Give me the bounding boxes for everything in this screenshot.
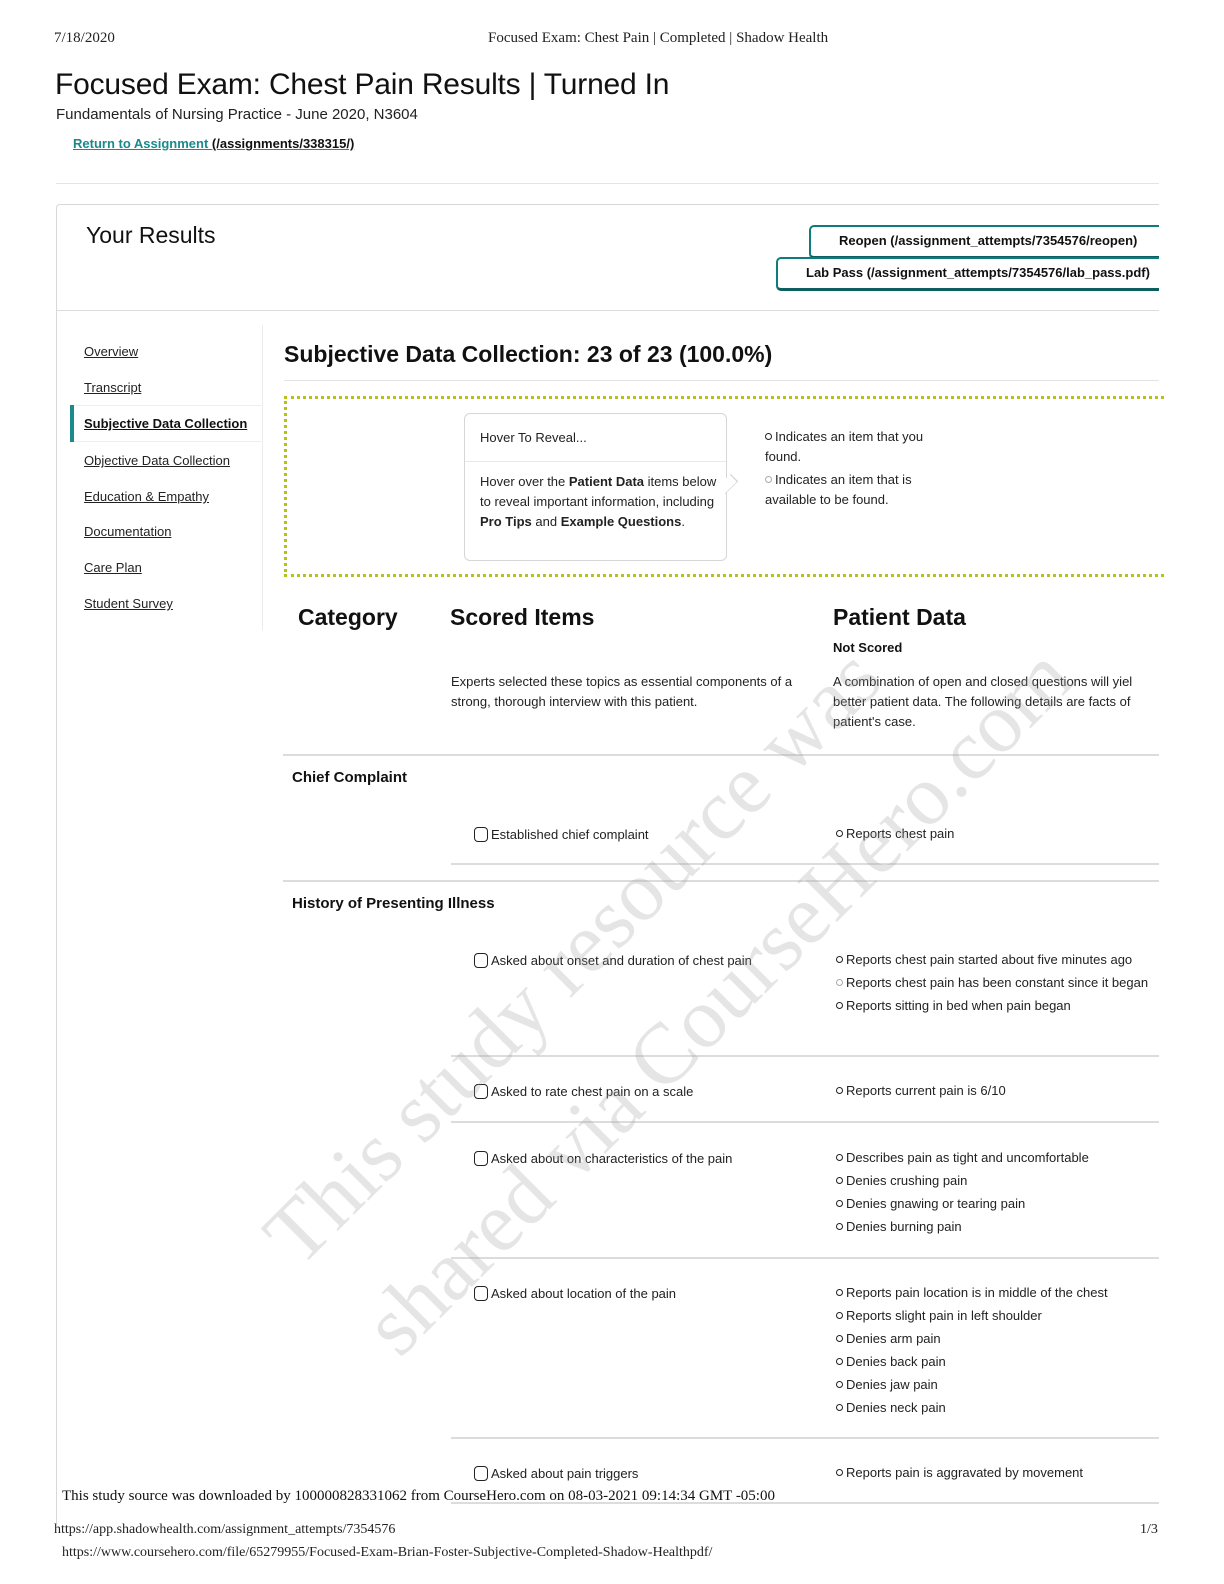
patient-data-text: Reports chest pain has been constant sin… [846,975,1148,990]
scored-item: Asked about pain triggers [474,1466,638,1481]
item-divider [451,1055,1159,1057]
text: Hover over the [480,474,569,489]
found-circle-icon [836,1154,843,1161]
hover-card-title: Hover To Reveal... [480,430,587,445]
sidebar-item-documentation[interactable]: Documentation [84,524,171,539]
divider [451,1502,1159,1504]
patient-data-item[interactable]: Reports sitting in bed when pain began [836,996,1159,1016]
patient-data-item[interactable]: Reports chest pain has been constant sin… [836,973,1159,993]
page-title: Focused Exam: Chest Pain Results | Turne… [55,68,669,102]
found-circle-icon [836,1002,843,1009]
text: and [532,514,561,529]
checkbox-icon[interactable] [474,1084,488,1099]
not-scored-label: Not Scored [833,640,902,655]
patient-data-item[interactable]: Denies jaw pain [836,1375,1159,1395]
found-circle-icon [836,1358,843,1365]
legend-available: Indicates an item that is available to b… [765,470,945,510]
scored-item: Asked about onset and duration of chest … [474,953,752,968]
checkbox-icon[interactable] [474,827,488,842]
available-circle-icon [765,476,772,483]
patient-data-text: Reports slight pain in left shoulder [846,1308,1042,1323]
item-divider [451,1437,1159,1439]
found-circle-icon [836,1200,843,1207]
active-item-indicator [70,405,74,442]
patient-data-text: Reports sitting in bed when pain began [846,998,1071,1013]
item-divider [451,1257,1159,1259]
checkbox-icon[interactable] [474,953,488,968]
print-date: 7/18/2020 [54,30,115,47]
legend-available-text: Indicates an item that is available to b… [765,472,912,507]
patient-data-item[interactable]: Describes pain as tight and uncomfortabl… [836,1148,1159,1168]
found-circle-icon [836,1381,843,1388]
found-circle-icon [836,1087,843,1094]
scored-items-description: Experts selected these topics as essenti… [451,672,811,712]
scored-item-label: Asked about on characteristics of the pa… [491,1151,732,1166]
found-circle-icon [836,1177,843,1184]
scored-item: Asked about on characteristics of the pa… [474,1151,732,1166]
found-circle-icon [836,956,843,963]
patient-data-text: Denies jaw pain [846,1377,938,1392]
scored-item: Established chief complaint [474,827,649,842]
return-to-assignment-link[interactable]: Return to Assignment (/assignments/33831… [73,136,354,151]
sidebar-item-education-empathy[interactable]: Education & Empathy [84,489,209,504]
text: patient's case. [833,712,1159,732]
divider [56,183,1159,184]
scored-item-label: Asked about pain triggers [491,1466,638,1481]
legend-found-text: Indicates an item that you found. [765,429,923,464]
patient-data-text: Reports chest pain [846,826,954,841]
sidebar-item-subjective-data-collection[interactable]: Subjective Data Collection [84,416,247,431]
patient-data-item[interactable]: Denies neck pain [836,1398,1159,1418]
page-number: 1/3 [1140,1522,1158,1538]
scored-item-label: Asked about location of the pain [491,1286,676,1301]
scored-item-label: Asked to rate chest pain on a scale [491,1084,693,1099]
text: Patient Data [569,474,644,489]
found-circle-icon [836,1335,843,1342]
patient-data-list: Reports chest pain [836,824,1159,847]
print-title: Focused Exam: Chest Pain | Completed | S… [488,30,828,47]
column-header-category: Category [298,604,398,631]
patient-data-text: Denies neck pain [846,1400,946,1415]
sidebar-item-student-survey[interactable]: Student Survey [84,596,173,611]
return-link-path: (/assignments/338315/) [212,136,354,151]
patient-data-item[interactable]: Reports current pain is 6/10 [836,1081,1159,1101]
sidebar-item-objective-data-collection[interactable]: Objective Data Collection [84,453,230,468]
reopen-button[interactable]: Reopen (/assignment_attempts/7354576/reo… [809,225,1159,259]
item-divider [451,1121,1159,1123]
patient-data-item[interactable]: Reports slight pain in left shoulder [836,1306,1159,1326]
column-header-scored-items: Scored Items [450,604,594,631]
legend-found: Indicates an item that you found. [765,427,945,467]
section-title: Subjective Data Collection: 23 of 23 (10… [284,341,772,368]
patient-data-item[interactable]: Denies back pain [836,1352,1159,1372]
print-url: https://app.shadowhealth.com/assignment_… [54,1522,395,1538]
patient-data-item[interactable]: Denies burning pain [836,1217,1159,1237]
source-url: https://www.coursehero.com/file/65279955… [62,1545,712,1561]
patient-data-text: Reports pain location is in middle of th… [846,1285,1108,1300]
patient-data-text: Denies crushing pain [846,1173,967,1188]
category-label: History of Presenting Illness [292,895,495,912]
hover-to-reveal-card: Hover To Reveal... Hover over the Patien… [464,413,727,561]
found-circle-icon [836,1312,843,1319]
patient-data-text: Describes pain as tight and uncomfortabl… [846,1150,1089,1165]
category-label: Chief Complaint [292,769,407,786]
found-circle-icon [765,433,772,440]
column-header-patient-data: Patient Data [833,604,966,631]
checkbox-icon[interactable] [474,1286,488,1301]
divider [57,310,1159,311]
patient-data-text: Denies burning pain [846,1219,962,1234]
page-subtitle: Fundamentals of Nursing Practice - June … [56,106,418,123]
found-circle-icon [836,1469,843,1476]
scored-item-label: Established chief complaint [491,827,649,842]
sidebar-item-care-plan[interactable]: Care Plan [84,560,142,575]
patient-data-item[interactable]: Denies arm pain [836,1329,1159,1349]
patient-data-list: Reports pain location is in middle of th… [836,1283,1159,1421]
text: A combination of open and closed questio… [833,672,1159,692]
found-circle-icon [836,1289,843,1296]
return-link-label: Return to Assignment [73,136,212,151]
patient-data-list: Describes pain as tight and uncomfortabl… [836,1148,1159,1240]
patient-data-text: Reports chest pain started about five mi… [846,952,1132,967]
patient-data-text: Denies gnawing or tearing pain [846,1196,1025,1211]
results-sidebar: Overview Transcript Subjective Data Coll… [70,325,263,630]
patient-data-text: Reports current pain is 6/10 [846,1083,1006,1098]
text: Pro Tips [480,514,532,529]
patient-data-item[interactable]: Reports chest pain [836,824,1159,844]
patient-data-item[interactable]: Reports pain is aggravated by movement [836,1463,1159,1483]
found-circle-icon [836,830,843,837]
patient-data-item[interactable]: Denies crushing pain [836,1171,1159,1191]
category-divider [283,880,1159,882]
patient-data-list: Reports chest pain started about five mi… [836,950,1159,1019]
divider [465,461,726,462]
text: Example Questions [561,514,682,529]
found-circle-icon [836,1223,843,1230]
results-heading: Your Results [86,222,216,249]
scored-item-label: Asked about onset and duration of chest … [491,953,752,968]
checkbox-icon[interactable] [474,1466,488,1481]
patient-data-text: Denies arm pain [846,1331,941,1346]
scored-item: Asked about location of the pain [474,1286,676,1301]
patient-data-item[interactable]: Reports chest pain started about five mi… [836,950,1159,970]
hover-card-body: Hover over the Patient Data items below … [480,472,720,532]
text: better patient data. The following detai… [833,692,1159,712]
patient-data-description: A combination of open and closed questio… [833,672,1159,732]
divider [284,380,1159,381]
available-circle-icon [836,979,843,986]
text: . [681,514,685,529]
sidebar-item-overview[interactable]: Overview [84,344,138,359]
patient-data-text: Denies back pain [846,1354,946,1369]
patient-data-item[interactable]: Denies gnawing or tearing pain [836,1194,1159,1214]
found-circle-icon [836,1404,843,1411]
patient-data-list: Reports current pain is 6/10 [836,1081,1159,1104]
sidebar-item-transcript[interactable]: Transcript [84,380,141,395]
patient-data-item[interactable]: Reports pain location is in middle of th… [836,1283,1159,1303]
checkbox-icon[interactable] [474,1151,488,1166]
patient-data-list: Reports pain is aggravated by movement [836,1463,1159,1486]
lab-pass-button[interactable]: Lab Pass (/assignment_attempts/7354576/l… [776,257,1159,291]
item-divider [451,863,1159,865]
patient-data-text: Reports pain is aggravated by movement [846,1465,1083,1480]
category-divider [283,754,1159,756]
scored-item: Asked to rate chest pain on a scale [474,1084,693,1099]
